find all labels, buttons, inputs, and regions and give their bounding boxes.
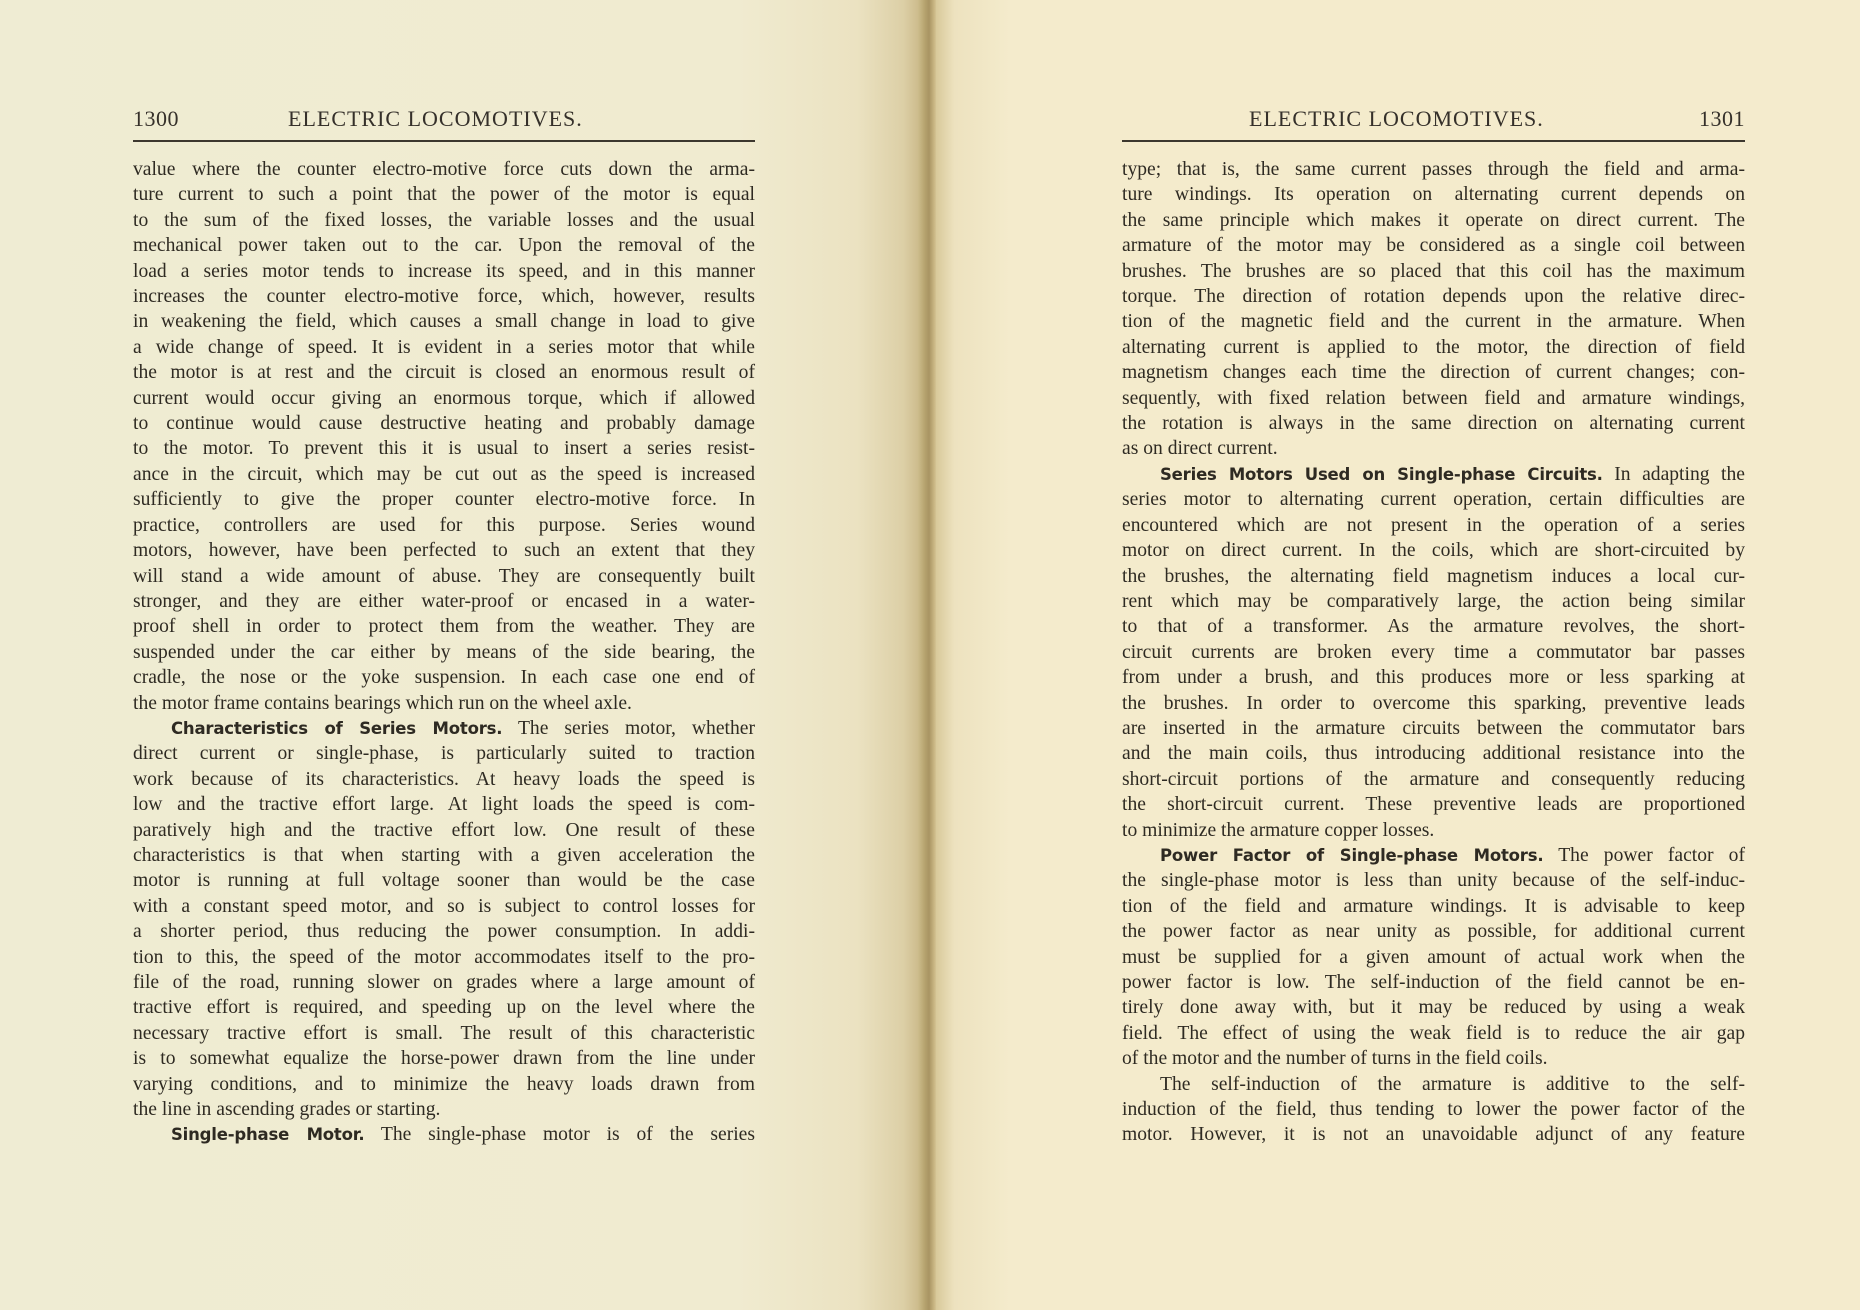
text-line: proof shell in order to protect them fro… <box>133 614 755 639</box>
text-line: field. The effect of using the weak fiel… <box>1122 1021 1745 1046</box>
section-heading-line: Characteristics of Series Motors. The se… <box>133 716 755 741</box>
left-page: 1300 ELECTRIC LOCOMOTIVES. value where t… <box>0 0 922 1310</box>
text-line: ture windings. Its operation on alternat… <box>1122 182 1745 207</box>
text-line: to minimize the armature copper losses. <box>1122 818 1745 843</box>
text-line: will stand a wide amount of abuse. They … <box>133 564 755 589</box>
text-line: type; that is, the same current passes t… <box>1122 157 1745 182</box>
text-line: power factor is low. The self-induction … <box>1122 970 1745 995</box>
text-line: load a series motor tends to increase it… <box>133 259 755 284</box>
text-line: current would occur giving an enormous t… <box>133 386 755 411</box>
running-head-right: ELECTRIC LOCOMOTIVES. 1301 <box>1122 106 1745 132</box>
text-line: increases the counter electro-motive for… <box>133 284 755 309</box>
header-rule <box>133 140 755 142</box>
text-line: a shorter period, thus reducing the powe… <box>133 919 755 944</box>
text-line: in weakening the field, which causes a s… <box>133 309 755 334</box>
text-line: induction of the field, thus tending to … <box>1122 1097 1745 1122</box>
text-line: The self-induction of the armature is ad… <box>1122 1072 1745 1097</box>
text-line: to that of a transformer. As the armatur… <box>1122 614 1745 639</box>
text-line: to the motor. To prevent this it is usua… <box>133 436 755 461</box>
text-line: characteristics is that when starting wi… <box>133 843 755 868</box>
text-line: with a constant speed motor, and so is s… <box>133 894 755 919</box>
text-line: from under a brush, and this produces mo… <box>1122 665 1745 690</box>
text-line: the line in ascending grades or starting… <box>133 1097 755 1122</box>
text-line: the brushes, the alternating field magne… <box>1122 564 1745 589</box>
running-title: ELECTRIC LOCOMOTIVES. <box>288 106 583 132</box>
text-line: ture current to such a point that the po… <box>133 182 755 207</box>
body-text: value where the counter electro-motive f… <box>133 157 755 1148</box>
text-line: tion of the magnetic field and the curre… <box>1122 309 1745 334</box>
text-line: the same principle which makes it operat… <box>1122 208 1745 233</box>
text-line: the motor is at rest and the circuit is … <box>133 360 755 385</box>
text-line: stronger, and they are either water-proo… <box>133 589 755 614</box>
section-heading-line: Single-phase Motor. The single-phase mot… <box>133 1122 755 1147</box>
text-line: tirely done away with, but it may be red… <box>1122 995 1745 1020</box>
body-text: type; that is, the same current passes t… <box>1122 157 1745 1148</box>
text-line: low and the tractive effort large. At li… <box>133 792 755 817</box>
text-line: series motor to alternating current oper… <box>1122 487 1745 512</box>
text-line: the rotation is always in the same direc… <box>1122 411 1745 436</box>
text-line: cradle, the nose or the yoke suspension.… <box>133 665 755 690</box>
text-line: motor. However, it is not an unavoidable… <box>1122 1122 1745 1147</box>
text-line: motors, however, have been perfected to … <box>133 538 755 563</box>
section-heading-line: Series Motors Used on Single-phase Circu… <box>1122 462 1745 487</box>
page-number: 1301 <box>1699 106 1745 132</box>
text-line: paratively high and the tractive effort … <box>133 818 755 843</box>
text-line: motor on direct current. In the coils, w… <box>1122 538 1745 563</box>
text-line: work because of its characteristics. At … <box>133 767 755 792</box>
text-line: the power factor as near unity as possib… <box>1122 919 1745 944</box>
text-line: must be supplied for a given amount of a… <box>1122 945 1745 970</box>
text-line: tractive effort is required, and speedin… <box>133 995 755 1020</box>
text-line: to continue would cause destructive heat… <box>133 411 755 436</box>
run-in-heading: Single-phase Motor. <box>171 1125 364 1144</box>
text-line: rent which may be comparatively large, t… <box>1122 589 1745 614</box>
text-line: is to somewhat equalize the horse-power … <box>133 1046 755 1071</box>
text-line: varying conditions, and to minimize the … <box>133 1072 755 1097</box>
section-heading-line: Power Factor of Single-phase Motors. The… <box>1122 843 1745 868</box>
text-line: mechanical power taken out to the car. U… <box>133 233 755 258</box>
text-line: the short-circuit current. These prevent… <box>1122 792 1745 817</box>
text-line: necessary tractive effort is small. The … <box>133 1021 755 1046</box>
text-line: direct current or single-phase, is parti… <box>133 741 755 766</box>
text-line: torque. The direction of rotation depend… <box>1122 284 1745 309</box>
text-line: practice, controllers are used for this … <box>133 513 755 538</box>
text-line: the brushes. In order to overcome this s… <box>1122 691 1745 716</box>
header-rule <box>1122 140 1745 142</box>
text-line: tion of the field and armature windings.… <box>1122 894 1745 919</box>
text-line: short-circuit portions of the armature a… <box>1122 767 1745 792</box>
text-line: of the motor and the number of turns in … <box>1122 1046 1745 1071</box>
text-line: armature of the motor may be considered … <box>1122 233 1745 258</box>
running-head-left: 1300 ELECTRIC LOCOMOTIVES. <box>133 106 755 132</box>
text-line: the motor frame contains bearings which … <box>133 691 755 716</box>
text-line: file of the road, running slower on grad… <box>133 970 755 995</box>
text-line: magnetism changes each time the directio… <box>1122 360 1745 385</box>
running-title: ELECTRIC LOCOMOTIVES. <box>1249 106 1544 132</box>
text-line: ance in the circuit, which may be cut ou… <box>133 462 755 487</box>
right-page: ELECTRIC LOCOMOTIVES. 1301 type; that is… <box>936 0 1860 1310</box>
text-line: circuit currents are broken every time a… <box>1122 640 1745 665</box>
text-line: value where the counter electro-motive f… <box>133 157 755 182</box>
text-line: brushes. The brushes are so placed that … <box>1122 259 1745 284</box>
text-line: alternating current is applied to the mo… <box>1122 335 1745 360</box>
text-line: motor is running at full voltage sooner … <box>133 868 755 893</box>
text-line: sequently, with fixed relation between f… <box>1122 386 1745 411</box>
text-line: encountered which are not present in the… <box>1122 513 1745 538</box>
text-line: are inserted in the armature circuits be… <box>1122 716 1745 741</box>
run-in-heading: Series Motors Used on Single-phase Circu… <box>1160 465 1603 484</box>
run-in-heading: Characteristics of Series Motors. <box>171 719 502 738</box>
text-line: sufficiently to give the proper counter … <box>133 487 755 512</box>
book-spine-gutter <box>918 0 938 1310</box>
text-line: suspended under the car either by means … <box>133 640 755 665</box>
text-line: the single-phase motor is less than unit… <box>1122 868 1745 893</box>
text-line: to the sum of the fixed losses, the vari… <box>133 208 755 233</box>
text-line: a wide change of speed. It is evident in… <box>133 335 755 360</box>
text-line: as on direct current. <box>1122 436 1745 461</box>
page-number: 1300 <box>133 106 179 132</box>
text-line: tion to this, the speed of the motor acc… <box>133 945 755 970</box>
run-in-heading: Power Factor of Single-phase Motors. <box>1160 846 1543 865</box>
text-line: and the main coils, thus introducing add… <box>1122 741 1745 766</box>
